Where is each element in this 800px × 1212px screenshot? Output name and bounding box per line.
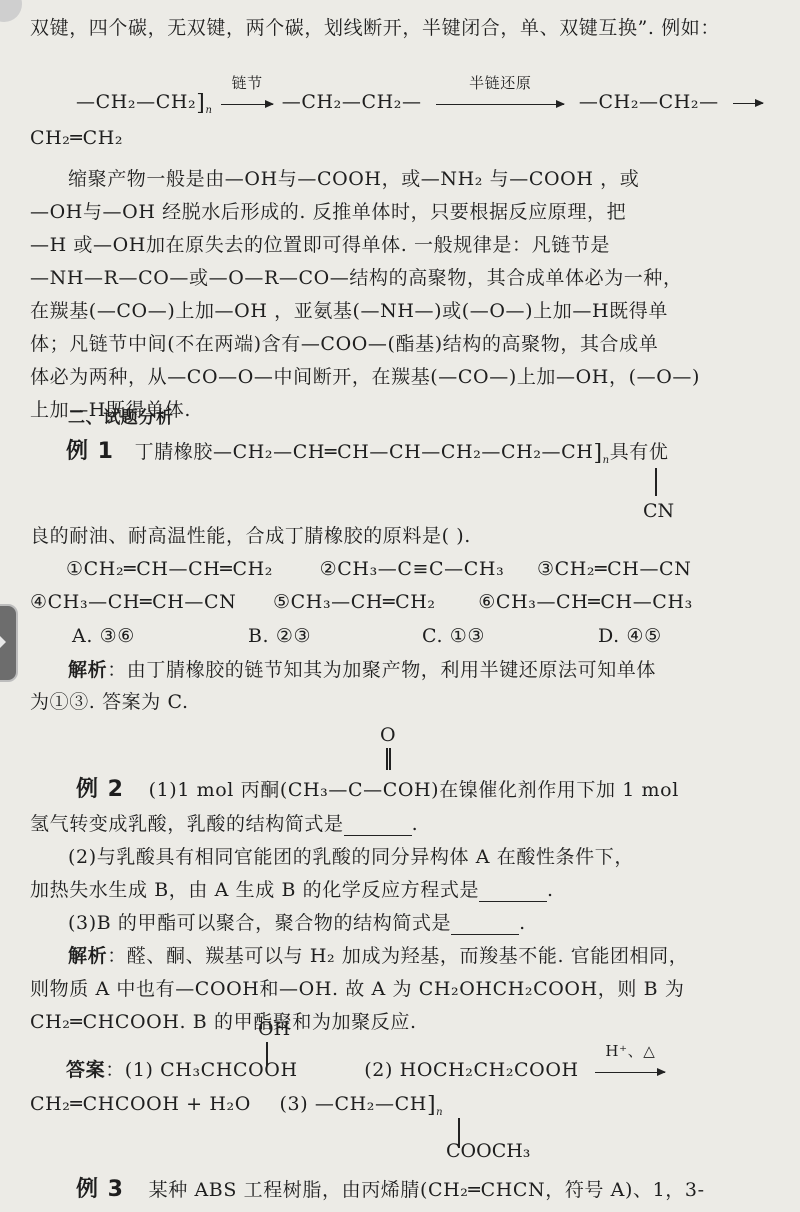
- example3-text: 某种 ABS 工程树脂，由丙烯腈(CH₂═CHCN，符号 A)、1，3-: [149, 1179, 705, 1201]
- ester-substituent: COOCH₃: [446, 1140, 530, 1162]
- question-2-text: 加热失水生成 B，由 A 生成 B 的化学反应方程式是: [30, 879, 479, 901]
- analysis-text: ：由丁腈橡胶的链节知其为加聚产物，利用半键还原法可知单体: [107, 659, 656, 681]
- reaction-scheme: —CH₂—CH₂]n 链节 —CH₂—CH₂— 半链还原 —CH₂—CH₂—: [76, 90, 776, 123]
- chain-unit-1: —CH₂—CH₂—: [282, 91, 422, 113]
- hydroxyl-group: OH: [258, 1018, 290, 1040]
- reaction-arrow: H⁺、△: [593, 1059, 667, 1083]
- question-1-text: (1)1 mol 丙酮(CH₃—C—COH)在镍催化剂作用下加 1 mol: [149, 779, 679, 801]
- answer-blank-1: [344, 815, 412, 836]
- choice-a: A. ③⑥: [72, 624, 248, 648]
- option-1: ①CH₂═CH—CH═CH₂: [66, 558, 273, 580]
- paragraph-line: —H 或—OH加在原失去的位置即可得单体. 一般规律是：凡链节是: [30, 233, 776, 257]
- polymer-bracket: ]: [593, 442, 602, 466]
- analysis-label: 解析: [68, 659, 107, 681]
- arrow-icon: [595, 1072, 665, 1073]
- analysis-label: 解析: [68, 945, 107, 967]
- arrow-condition: H⁺、△: [593, 1039, 667, 1063]
- paragraph-line: 缩聚产物一般是由—OH与—COOH，或—NH₂ 与—COOH ，或: [68, 167, 776, 191]
- monomer-product: CH₂═CH₂: [30, 126, 776, 150]
- arrow-half-bond: 半链还原: [434, 91, 566, 115]
- example1-label: 例 1: [66, 439, 114, 464]
- question-3-text: (3)B 的甲酯可以聚合，聚合物的结构简式是: [68, 912, 451, 934]
- choices-row: A. ③⑥B. ②③C. ①③D. ④⑤: [72, 624, 776, 648]
- polymer-unit: —CH₂—CH₂: [76, 91, 196, 113]
- answer-blank-2: [479, 881, 547, 902]
- example3-label: 例 3: [76, 1177, 124, 1202]
- choice-d: D. ④⑤: [598, 625, 662, 647]
- answer-blank-3: [451, 914, 519, 935]
- section-heading: 二、试题分析: [68, 406, 776, 430]
- arrow-icon: [221, 104, 273, 105]
- ketone-oxygen: O: [380, 724, 396, 746]
- example2-label: 例 2: [76, 777, 124, 802]
- example1-substituent: CN: [643, 500, 674, 522]
- paragraph-line: 体必为两种，从—CO—O—中间断开，在羰基(—CO—)上加—OH，(—O—): [30, 365, 776, 389]
- example1-stem: 例 1 丁腈橡胶—CH₂—CH═CH—CH—CH₂—CH₂—CH]n具有优: [66, 440, 776, 473]
- polymer-n: n: [436, 1107, 443, 1118]
- example1-stem-line2: 良的耐油、耐高温性能，合成丁腈橡胶的原料是( ).: [30, 524, 776, 548]
- arrow-label: 半链还原: [434, 71, 566, 95]
- example2-q3: (3)B 的甲酯可以聚合，聚合物的结构简式是.: [68, 911, 776, 935]
- paragraph-line: —NH—R—CO—或—O—R—CO—结构的高聚物，其合成单体必为一种，: [30, 266, 776, 290]
- double-bond-line: [386, 748, 388, 770]
- example2-q2-line2: 加热失水生成 B，由 A 生成 B 的化学反应方程式是.: [30, 878, 776, 902]
- answer-label: 答案: [66, 1059, 105, 1081]
- example3-stem: 例 3 某种 ABS 工程树脂，由丙烯腈(CH₂═CHCN，符号 A)、1，3-: [76, 1178, 776, 1202]
- double-bond-line: [389, 748, 391, 770]
- polymer-n: n: [603, 455, 610, 466]
- answer-3: (3) —CH₂—CH: [280, 1093, 427, 1115]
- page-corner-mark: [0, 0, 22, 22]
- arrow-label: 链节: [219, 71, 275, 95]
- option-3: ③CH₂═CH—CN: [537, 558, 691, 580]
- analysis-text: ：醛、酮、羰基可以与 H₂ 加成为羟基，而羧基不能. 官能团相同，: [107, 945, 688, 967]
- paragraph-line: 体；凡链节中间(不在两端)含有—COO—(酯基)结构的高聚物，其合成单: [30, 332, 776, 356]
- answer-2: (2) HOCH₂CH₂COOH: [364, 1059, 578, 1081]
- example1-chain: —CH₂—CH═CH—CH—CH₂—CH₂—CH: [213, 441, 593, 463]
- bond-line: [655, 468, 657, 496]
- chain-unit-2: —CH₂—CH₂—: [579, 91, 719, 113]
- option-2: ②CH₃—C≡C—CH₃: [320, 558, 505, 580]
- arrow-icon: [733, 103, 763, 104]
- options-row-2: ④CH₃—CH═CH—CN ⑤CH₃—CH═CH₂ ⑥CH₃—CH═CH—CH₃: [30, 590, 776, 614]
- arrow-icon: [436, 104, 564, 105]
- answer-1: ：(1) CH₃CHCOOH: [105, 1059, 297, 1081]
- textbook-page: 双键，四个碳，无双键，两个碳，划线断开，半键闭合，单、双键互换”. 例如： —C…: [0, 0, 800, 1212]
- polymer-n: n: [205, 105, 212, 116]
- arrow-chain-unit: 链节: [219, 91, 275, 115]
- intro-line: 双键，四个碳，无双键，两个碳，划线断开，半键闭合，单、双键互换”. 例如：: [30, 16, 776, 40]
- choice-c: C. ①③: [422, 624, 598, 648]
- option-4: ④CH₃—CH═CH—CN: [30, 591, 236, 613]
- answer-line-1: 答案：(1) CH₃CHCOOH (2) HOCH₂CH₂COOH H⁺、△: [66, 1058, 776, 1083]
- example1-stem-suffix: 具有优: [610, 441, 669, 463]
- example2-analysis: 解析：醛、酮、羰基可以与 H₂ 加成为羟基，而羧基不能. 官能团相同，: [68, 944, 776, 968]
- answer-line-2: CH₂═CHCOOH + H₂O (3) —CH₂—CH]n: [30, 1092, 776, 1125]
- example1-subject: 丁腈橡胶: [135, 441, 213, 463]
- example2-q1: 例 2 (1)1 mol 丙酮(CH₃—C—COH)在镍催化剂作用下加 1 mo…: [76, 778, 776, 802]
- choice-b: B. ②③: [248, 624, 422, 648]
- analysis-line: 则物质 A 中也有—COOH和—OH. 故 A 为 CH₂OHCH₂COOH，则…: [30, 977, 776, 1001]
- question-1-text: 氢气转变成乳酸，乳酸的结构简式是: [30, 813, 344, 835]
- example2-q2: (2)与乳酸具有相同官能团的乳酸的同分异构体 A 在酸性条件下，: [68, 845, 776, 869]
- paragraph-line: 在羰基(—CO—)上加—OH ，亚氨基(—NH—)或(—O—)上加—H既得单: [30, 299, 776, 323]
- side-bookmark-tab: [0, 604, 18, 682]
- example2-q1-line2: 氢气转变成乳酸，乳酸的结构简式是.: [30, 812, 776, 836]
- example1-analysis: 解析：由丁腈橡胶的链节知其为加聚产物，利用半键还原法可知单体: [68, 658, 776, 682]
- analysis-line: CH₂═CHCOOH. B 的甲酯聚和为加聚反应.: [30, 1010, 776, 1034]
- polymer-bracket: ]: [427, 1094, 436, 1118]
- option-5: ⑤CH₃—CH═CH₂: [273, 591, 436, 613]
- paragraph-line: —OH与—OH 经脱水后形成的. 反推单体时，只要根据反应原理，把: [30, 200, 776, 224]
- options-row-1: ①CH₂═CH—CH═CH₂ ②CH₃—C≡C—CH₃ ③CH₂═CH—CN: [66, 557, 776, 581]
- answer-2-product: CH₂═CHCOOH + H₂O: [30, 1093, 251, 1115]
- example1-answer: 为①③. 答案为 C.: [30, 690, 776, 714]
- option-6: ⑥CH₃—CH═CH—CH₃: [478, 591, 693, 613]
